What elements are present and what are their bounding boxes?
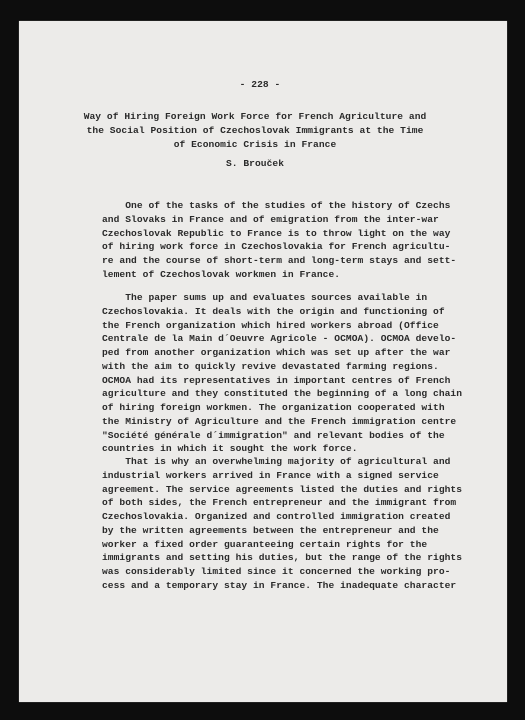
text-line: ped from another organization which was …: [102, 346, 462, 360]
text-line: "Société générale d´immigration" and rel…: [102, 429, 462, 443]
text-line: OCMOA had its representatives in importa…: [102, 374, 462, 388]
text-line: The paper sums up and evaluates sources …: [102, 291, 462, 305]
title-line: Way of Hiring Foreign Work Force for Fre…: [11, 110, 499, 124]
paragraph-2: The paper sums up and evaluates sources …: [102, 291, 462, 456]
text-line: re and the course of short-term and long…: [102, 254, 456, 268]
text-line: worker a fixed order guaranteeing certai…: [102, 538, 462, 552]
text-line: by the written agreements between the en…: [102, 524, 462, 538]
page-content: - 228 - Way of Hiring Foreign Work Force…: [19, 21, 507, 702]
text-line: and Slovaks in France and of emigration …: [102, 213, 456, 227]
text-line: cess and a temporary stay in France. The…: [102, 579, 462, 593]
text-line: the French organization which hired work…: [102, 319, 462, 333]
text-line: countries in which it sought the work fo…: [102, 442, 462, 456]
text-line: of hiring foreign workmen. The organizat…: [102, 401, 462, 415]
paragraph-3: That is why an overwhelming majority of …: [102, 455, 462, 593]
text-line: One of the tasks of the studies of the h…: [102, 199, 456, 213]
text-line: was considerably limited since it concer…: [102, 565, 462, 579]
scanned-document: - 228 - Way of Hiring Foreign Work Force…: [0, 0, 525, 720]
text-line: immigrants and setting his duties, but t…: [102, 551, 462, 565]
text-line: Czechoslovak Republic to France is to th…: [102, 227, 456, 241]
text-line: industrial workers arrived in France wit…: [102, 469, 462, 483]
text-line: of hiring work force in Czechoslovakia f…: [102, 240, 456, 254]
text-line: the Ministry of Agriculture and the Fren…: [102, 415, 462, 429]
page-number: - 228 -: [16, 79, 504, 90]
text-line: Centrale de la Main d´Oeuvre Agricole - …: [102, 332, 462, 346]
title-line: the Social Position of Czechoslovak Immi…: [11, 124, 499, 138]
author-name: S. Brouček: [11, 158, 499, 169]
document-title: Way of Hiring Foreign Work Force for Fre…: [11, 110, 499, 152]
text-line: agriculture and they constituted the beg…: [102, 387, 462, 401]
paper-page: - 228 - Way of Hiring Foreign Work Force…: [19, 21, 507, 702]
text-line: agreement. The service agreements listed…: [102, 483, 462, 497]
text-line: That is why an overwhelming majority of …: [102, 455, 462, 469]
paragraph-1: One of the tasks of the studies of the h…: [102, 199, 456, 282]
text-line: lement of Czechoslovak workmen in France…: [102, 268, 456, 282]
text-line: Czechoslovakia. Organized and controlled…: [102, 510, 462, 524]
text-line: of both sides, the French entrepreneur a…: [102, 496, 462, 510]
text-line: Czechoslovakia. It deals with the origin…: [102, 305, 462, 319]
title-line: of Economic Crisis in France: [11, 138, 499, 152]
text-line: with the aim to quickly revive devastate…: [102, 360, 462, 374]
